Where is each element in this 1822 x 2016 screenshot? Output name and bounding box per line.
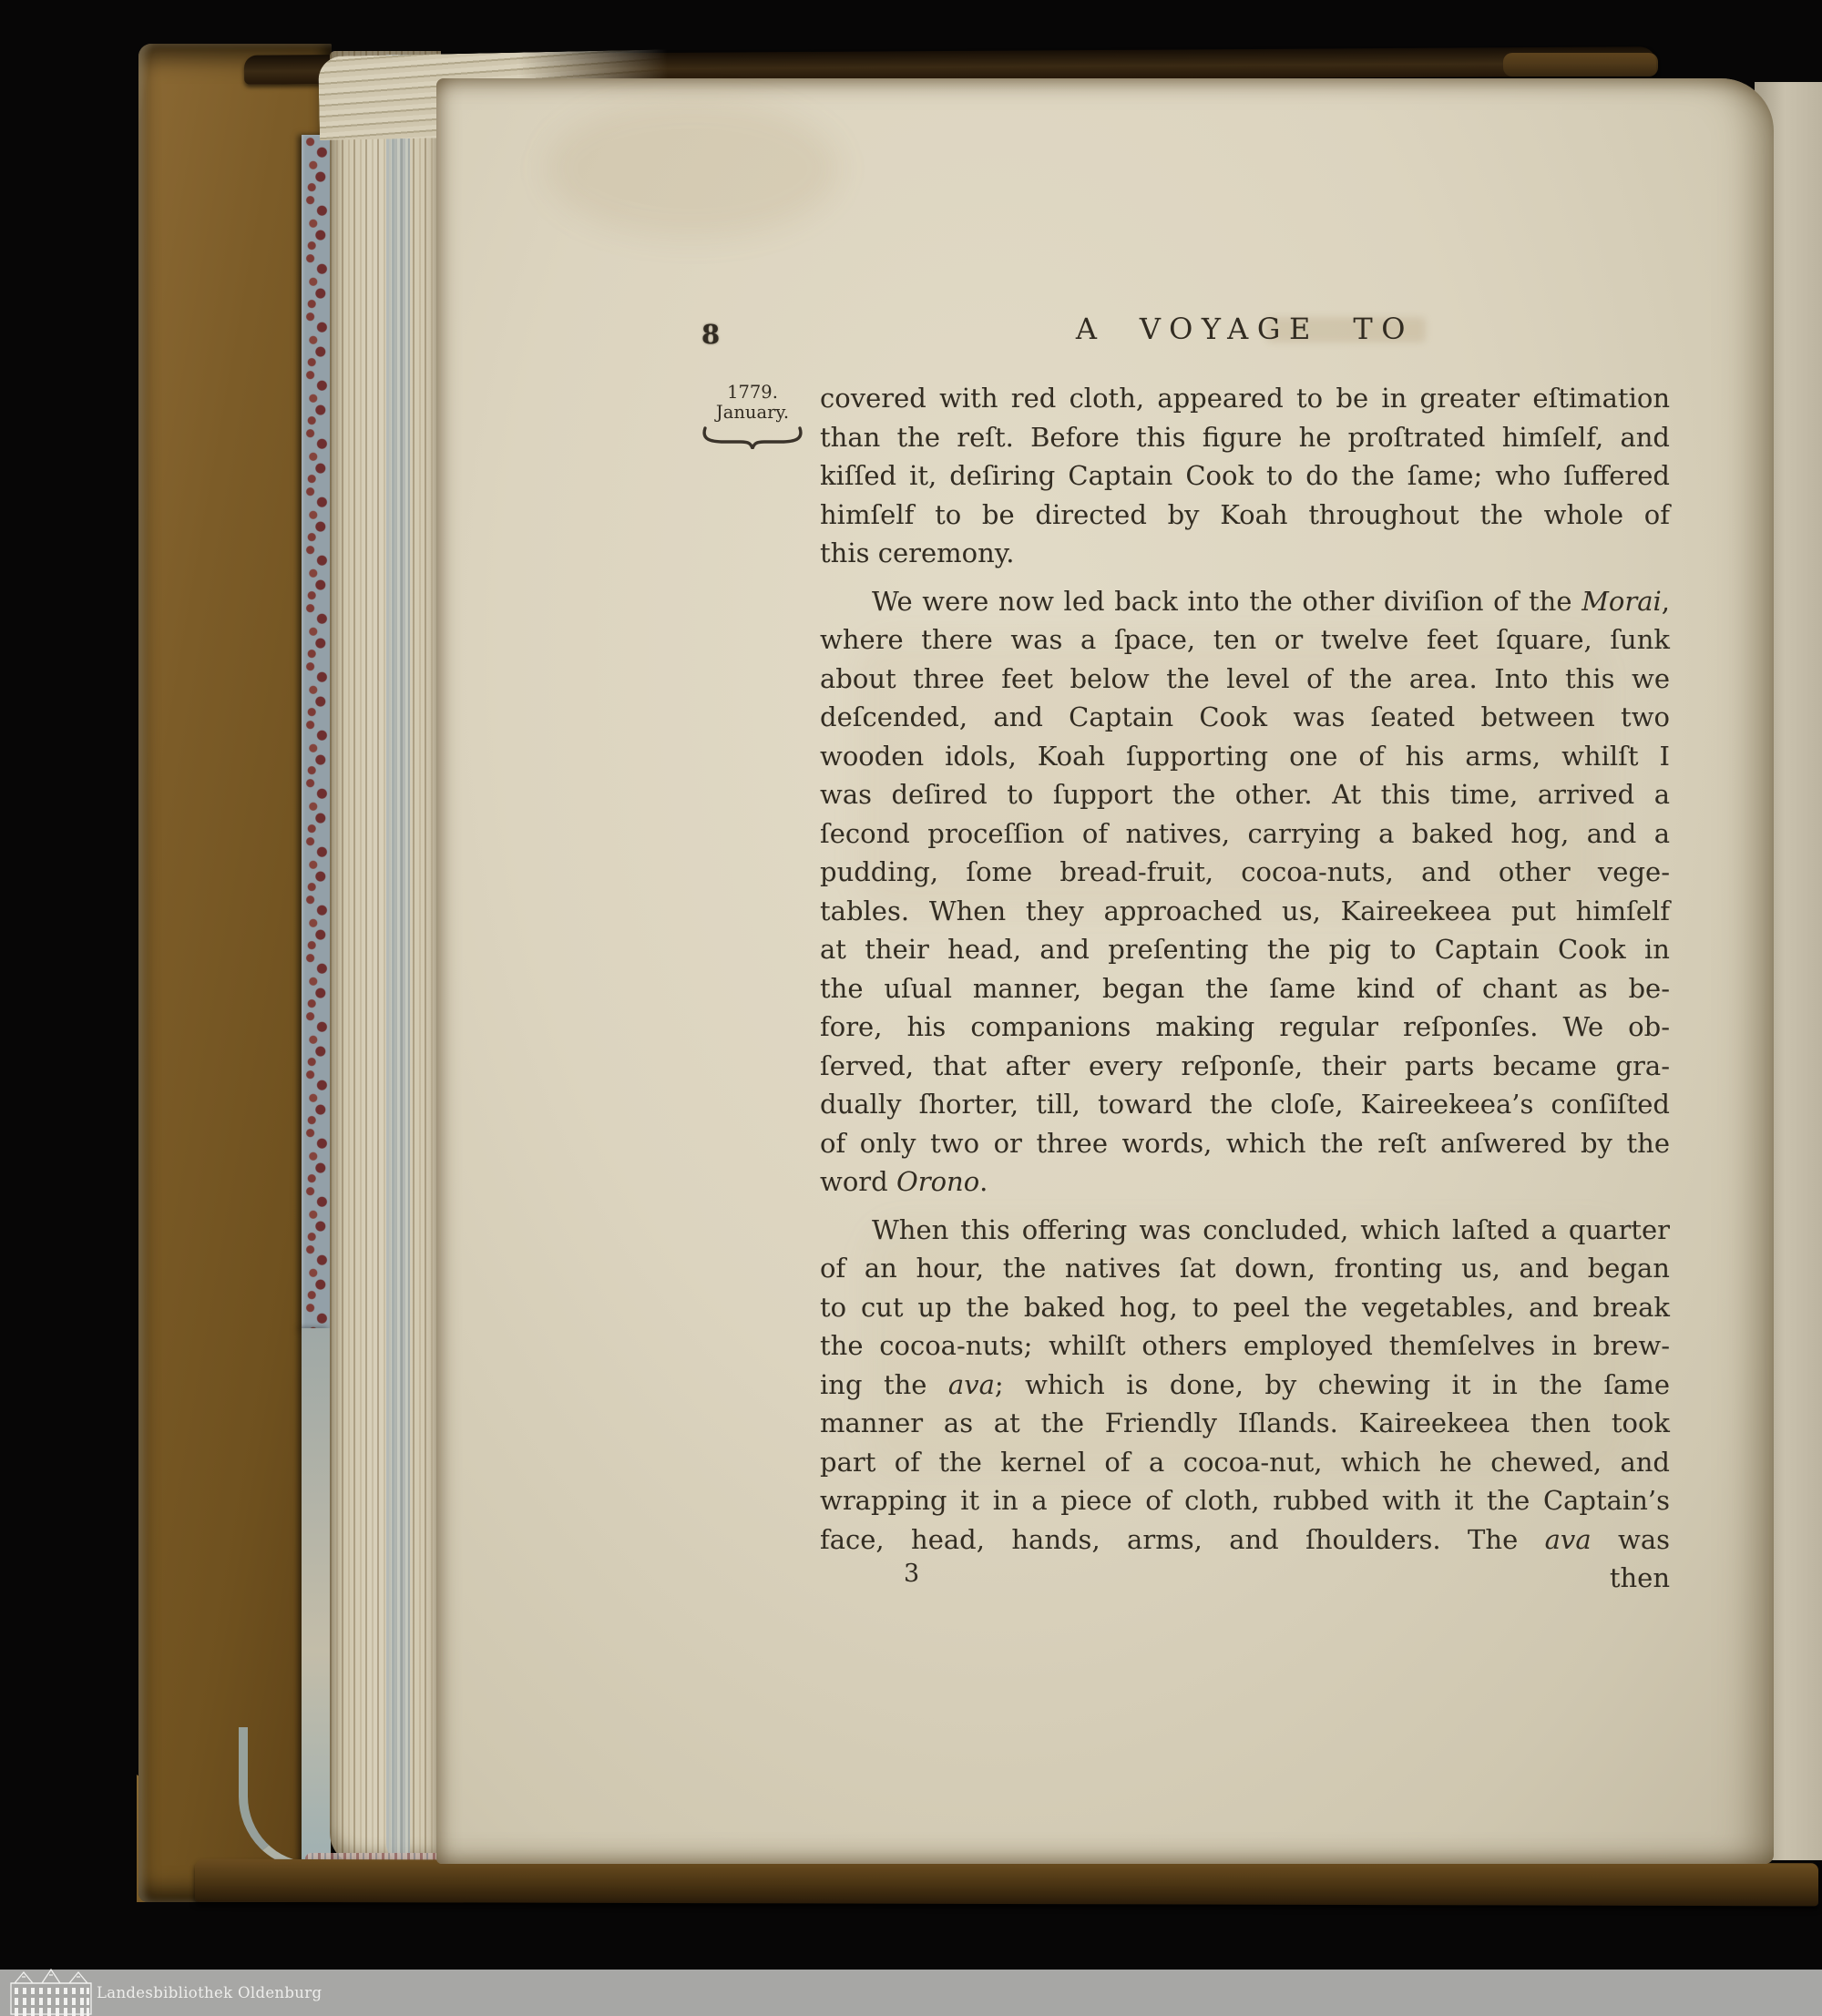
text-line: about three feet below the level of the … <box>820 660 1670 699</box>
text-line: When this offering was concluded, which … <box>820 1211 1670 1250</box>
text-line: of an hour, the natives ſat down, fronti… <box>820 1249 1670 1288</box>
text-line: of only two or three words, which the re… <box>820 1124 1670 1163</box>
text-line: We were now led back into the other divi… <box>820 582 1670 621</box>
scanned-book-photo: 8 A VOYAGE TO 1779. January. covered wit… <box>0 0 1822 2016</box>
page-number: 8 <box>701 319 720 350</box>
text-line: himſelf to be directed by Koah throughou… <box>820 496 1670 535</box>
page-edge-blue-band <box>386 55 410 1862</box>
library-building-logo-icon <box>9 1968 93 2016</box>
text-line: ſecond proceſſion of natives, carrying a… <box>820 814 1670 854</box>
text-line: covered with red cloth, appeared to be i… <box>820 379 1670 418</box>
text-line: wooden idols, Koah ſupporting one of his… <box>820 737 1670 776</box>
text-line: tables. When they approached us, Kaireek… <box>820 892 1670 931</box>
library-name-label: Landesbibliothek Oldenburg <box>97 1970 322 2016</box>
margin-brace-icon <box>699 425 806 449</box>
text-line: this ceremony. <box>820 534 1670 573</box>
text-line: where there was a ſpace, ten or twelve f… <box>820 620 1670 660</box>
margin-note-month: January. <box>696 403 809 423</box>
text-line: wrapping it in a piece of cloth, rubbed … <box>820 1481 1670 1520</box>
text-line: at their head, and preſenting the pig to… <box>820 930 1670 969</box>
paper-stain <box>547 100 838 237</box>
book-top-edge-wear <box>1503 53 1658 77</box>
text-line: the cocoa-nuts; whilſt others employed t… <box>820 1326 1670 1366</box>
text-line: word Orono. <box>820 1162 1670 1202</box>
text-line: to cut up the baked hog, to peel the veg… <box>820 1288 1670 1327</box>
text-line: ſerved, that after every reſponſe, their… <box>820 1047 1670 1086</box>
text-line: was deſired to ſupport the other. At thi… <box>820 775 1670 814</box>
text-line: manner as at the Friendly Iſlands. Kaire… <box>820 1404 1670 1443</box>
text-line: kiſſed it, deſiring Captain Cook to do t… <box>820 456 1670 496</box>
page-stack-bottom-curve <box>239 1727 416 1869</box>
signature-mark: 3 <box>904 1560 919 1588</box>
text-line: dually ſhorter, till, toward the cloſe, … <box>820 1085 1670 1124</box>
margin-note-year: 1779. <box>696 383 809 403</box>
body-text: covered with red cloth, appeared to be i… <box>820 379 1670 1598</box>
catchword: then <box>820 1559 1670 1598</box>
text-line: face, head, hands, arms, and ſhoulders. … <box>820 1520 1670 1560</box>
text-line: than the reſt. Before this figure he pro… <box>820 418 1670 457</box>
running-header-title: A VOYAGE TO <box>820 312 1670 346</box>
marbled-endpaper-edge <box>302 135 331 1330</box>
page-edge-stack <box>330 51 441 1866</box>
text-line: fore, his companions making regular reſp… <box>820 1008 1670 1047</box>
text-line: part of the kernel of a cocoa-nut, which… <box>820 1443 1670 1482</box>
text-line: ing the ava; which is done, by chewing i… <box>820 1366 1670 1405</box>
text-line: pudding, ſome bread-fruit, cocoa-nuts, a… <box>820 853 1670 892</box>
text-line: the uſual manner, began the ſame kind of… <box>820 969 1670 1008</box>
leather-cover-bottom <box>195 1859 1818 1907</box>
text-line: deſcended, and Captain Cook was ſeated b… <box>820 698 1670 737</box>
margin-note-date: 1779. January. <box>696 383 809 449</box>
